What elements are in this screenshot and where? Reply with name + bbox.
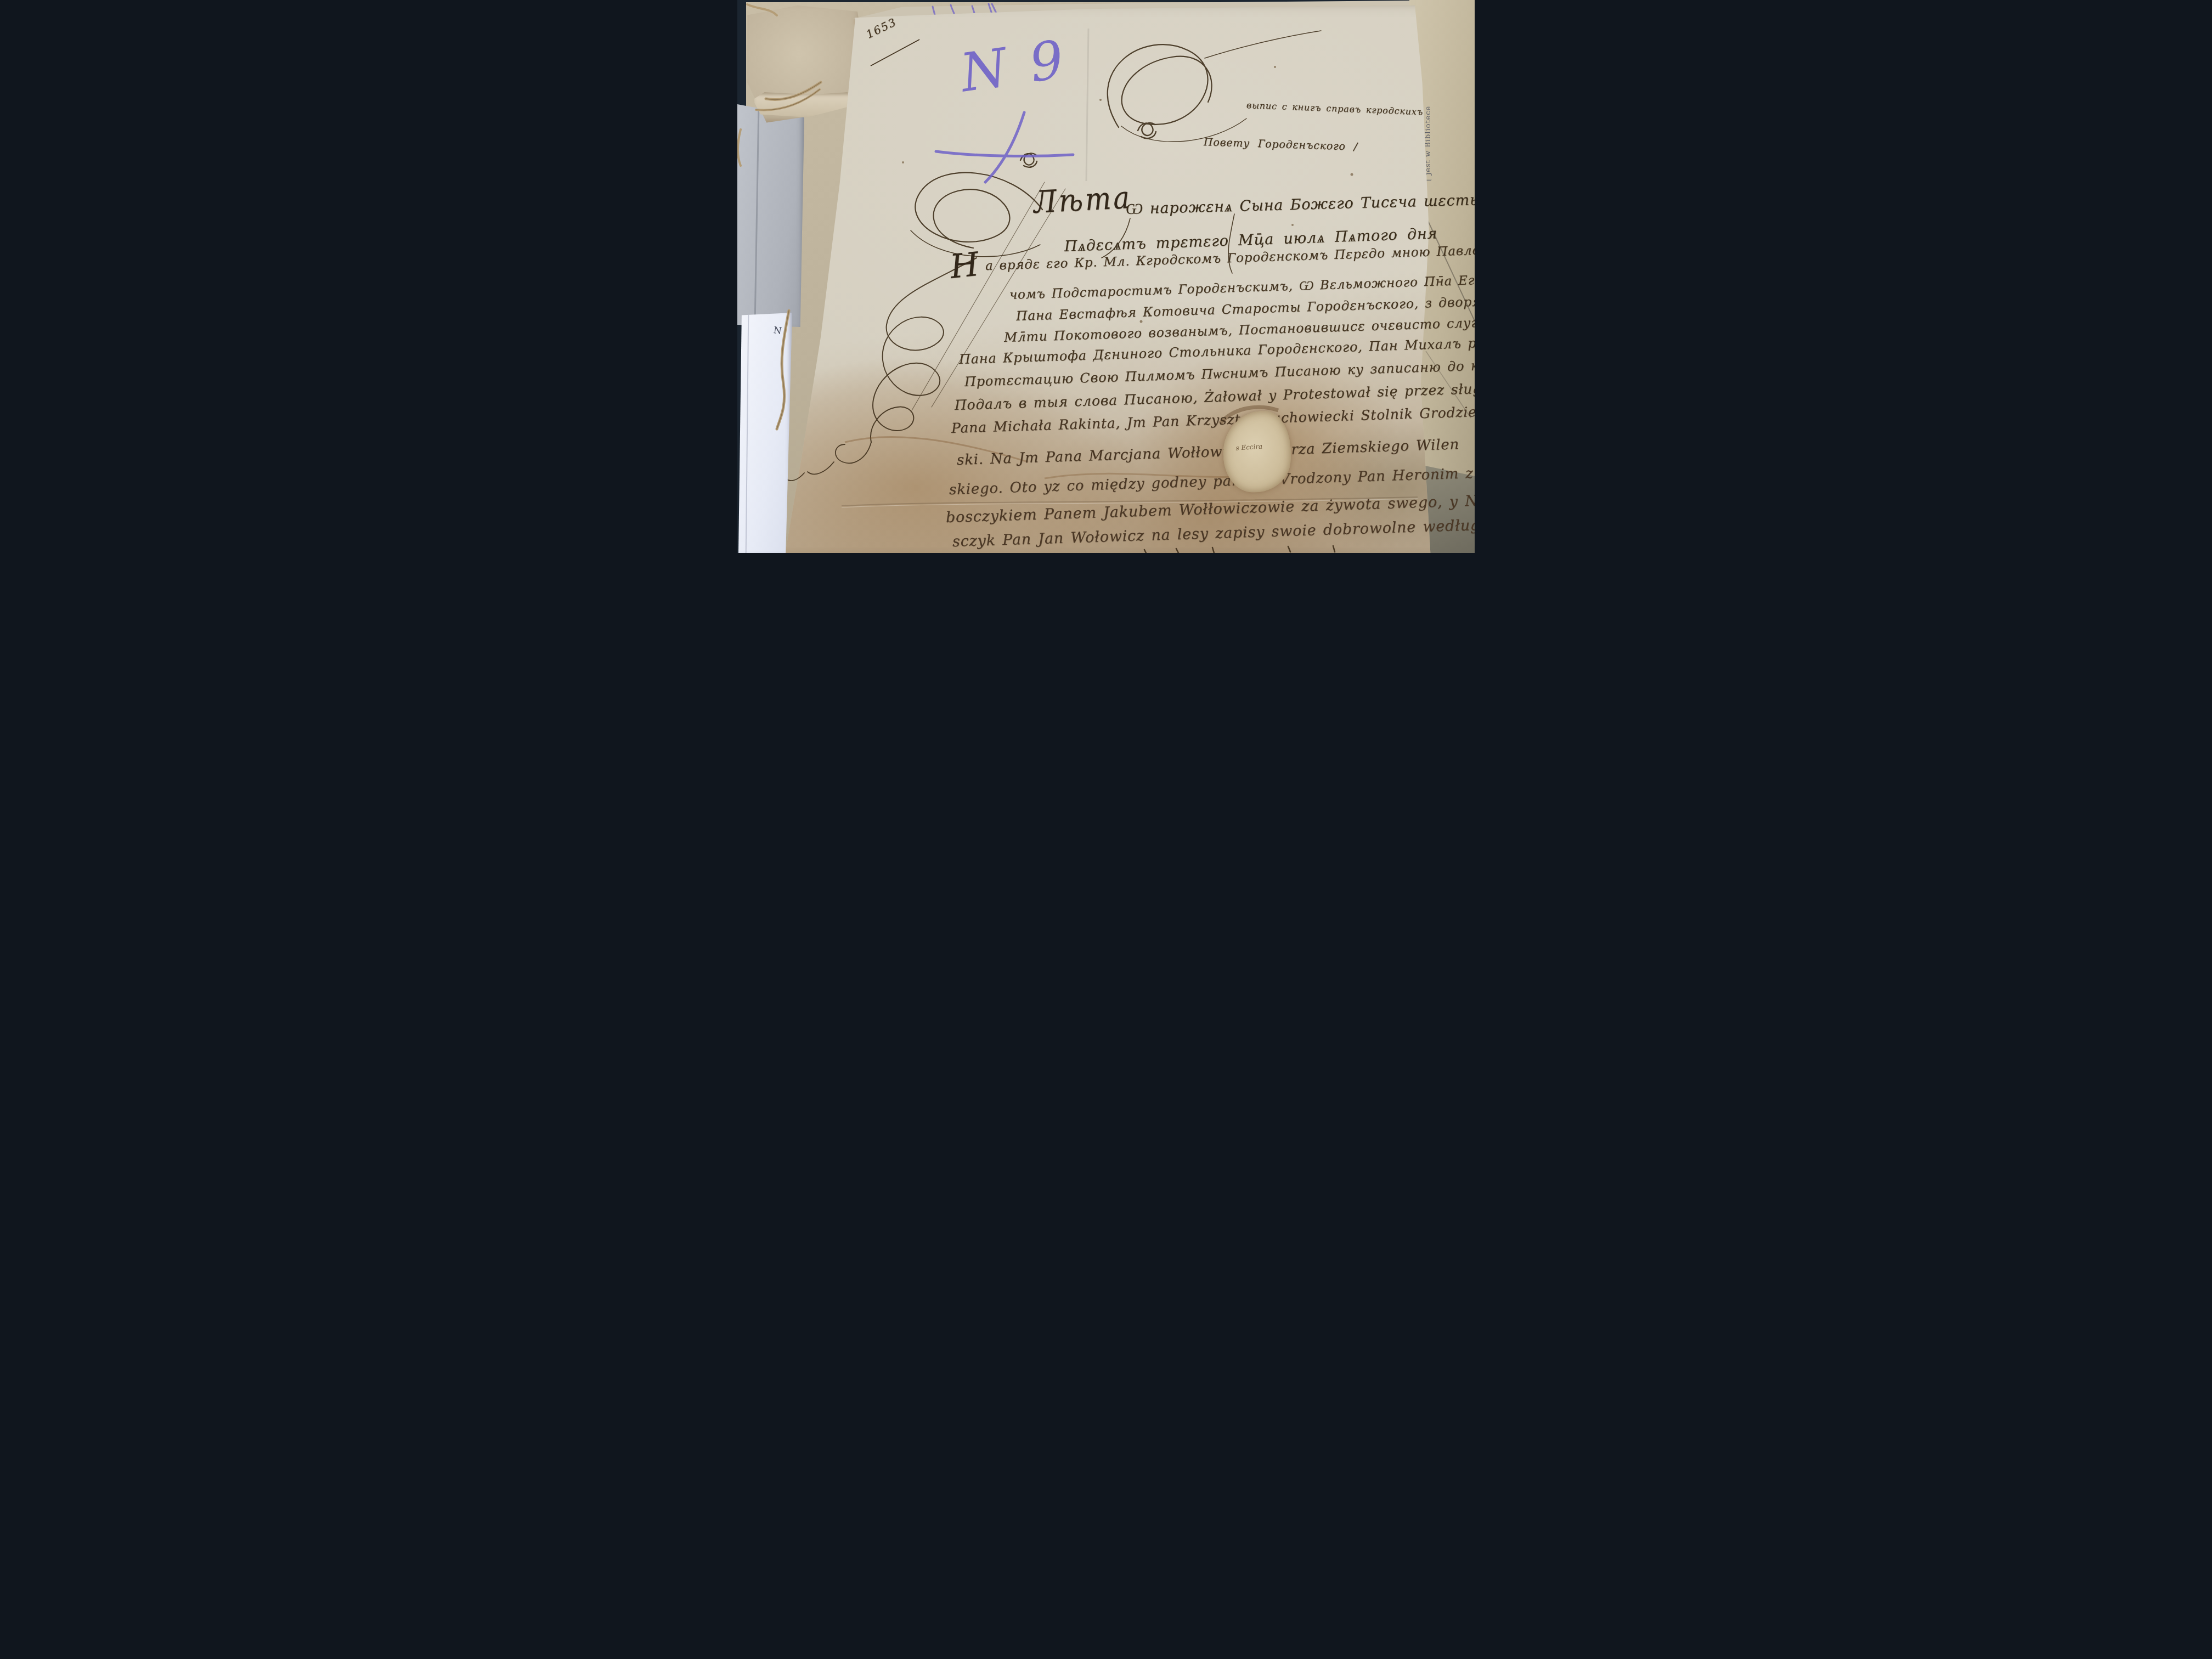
white-slip-paper: N — [738, 313, 792, 553]
flourish-left-cascade — [871, 258, 977, 442]
archive-number-tail — [985, 112, 1024, 182]
corner-year-slash — [871, 39, 919, 66]
knot-scribble-b — [1138, 123, 1156, 138]
flourish-top-center — [1108, 44, 1212, 127]
fold-crease-vertical — [1086, 29, 1088, 181]
slip-pencil-letter: N — [773, 325, 783, 337]
body-drop-initial: Н — [948, 245, 980, 286]
patch-faint-text: s Eccira — [1235, 442, 1263, 452]
flourish-heading-left — [915, 173, 1042, 248]
heading-initial-word: Лѣта — [1032, 179, 1132, 220]
white-slip-crease — [746, 313, 749, 553]
photo-of-1653-manuscript: 4288 [ jest w Bibliotece — [737, 0, 1475, 553]
